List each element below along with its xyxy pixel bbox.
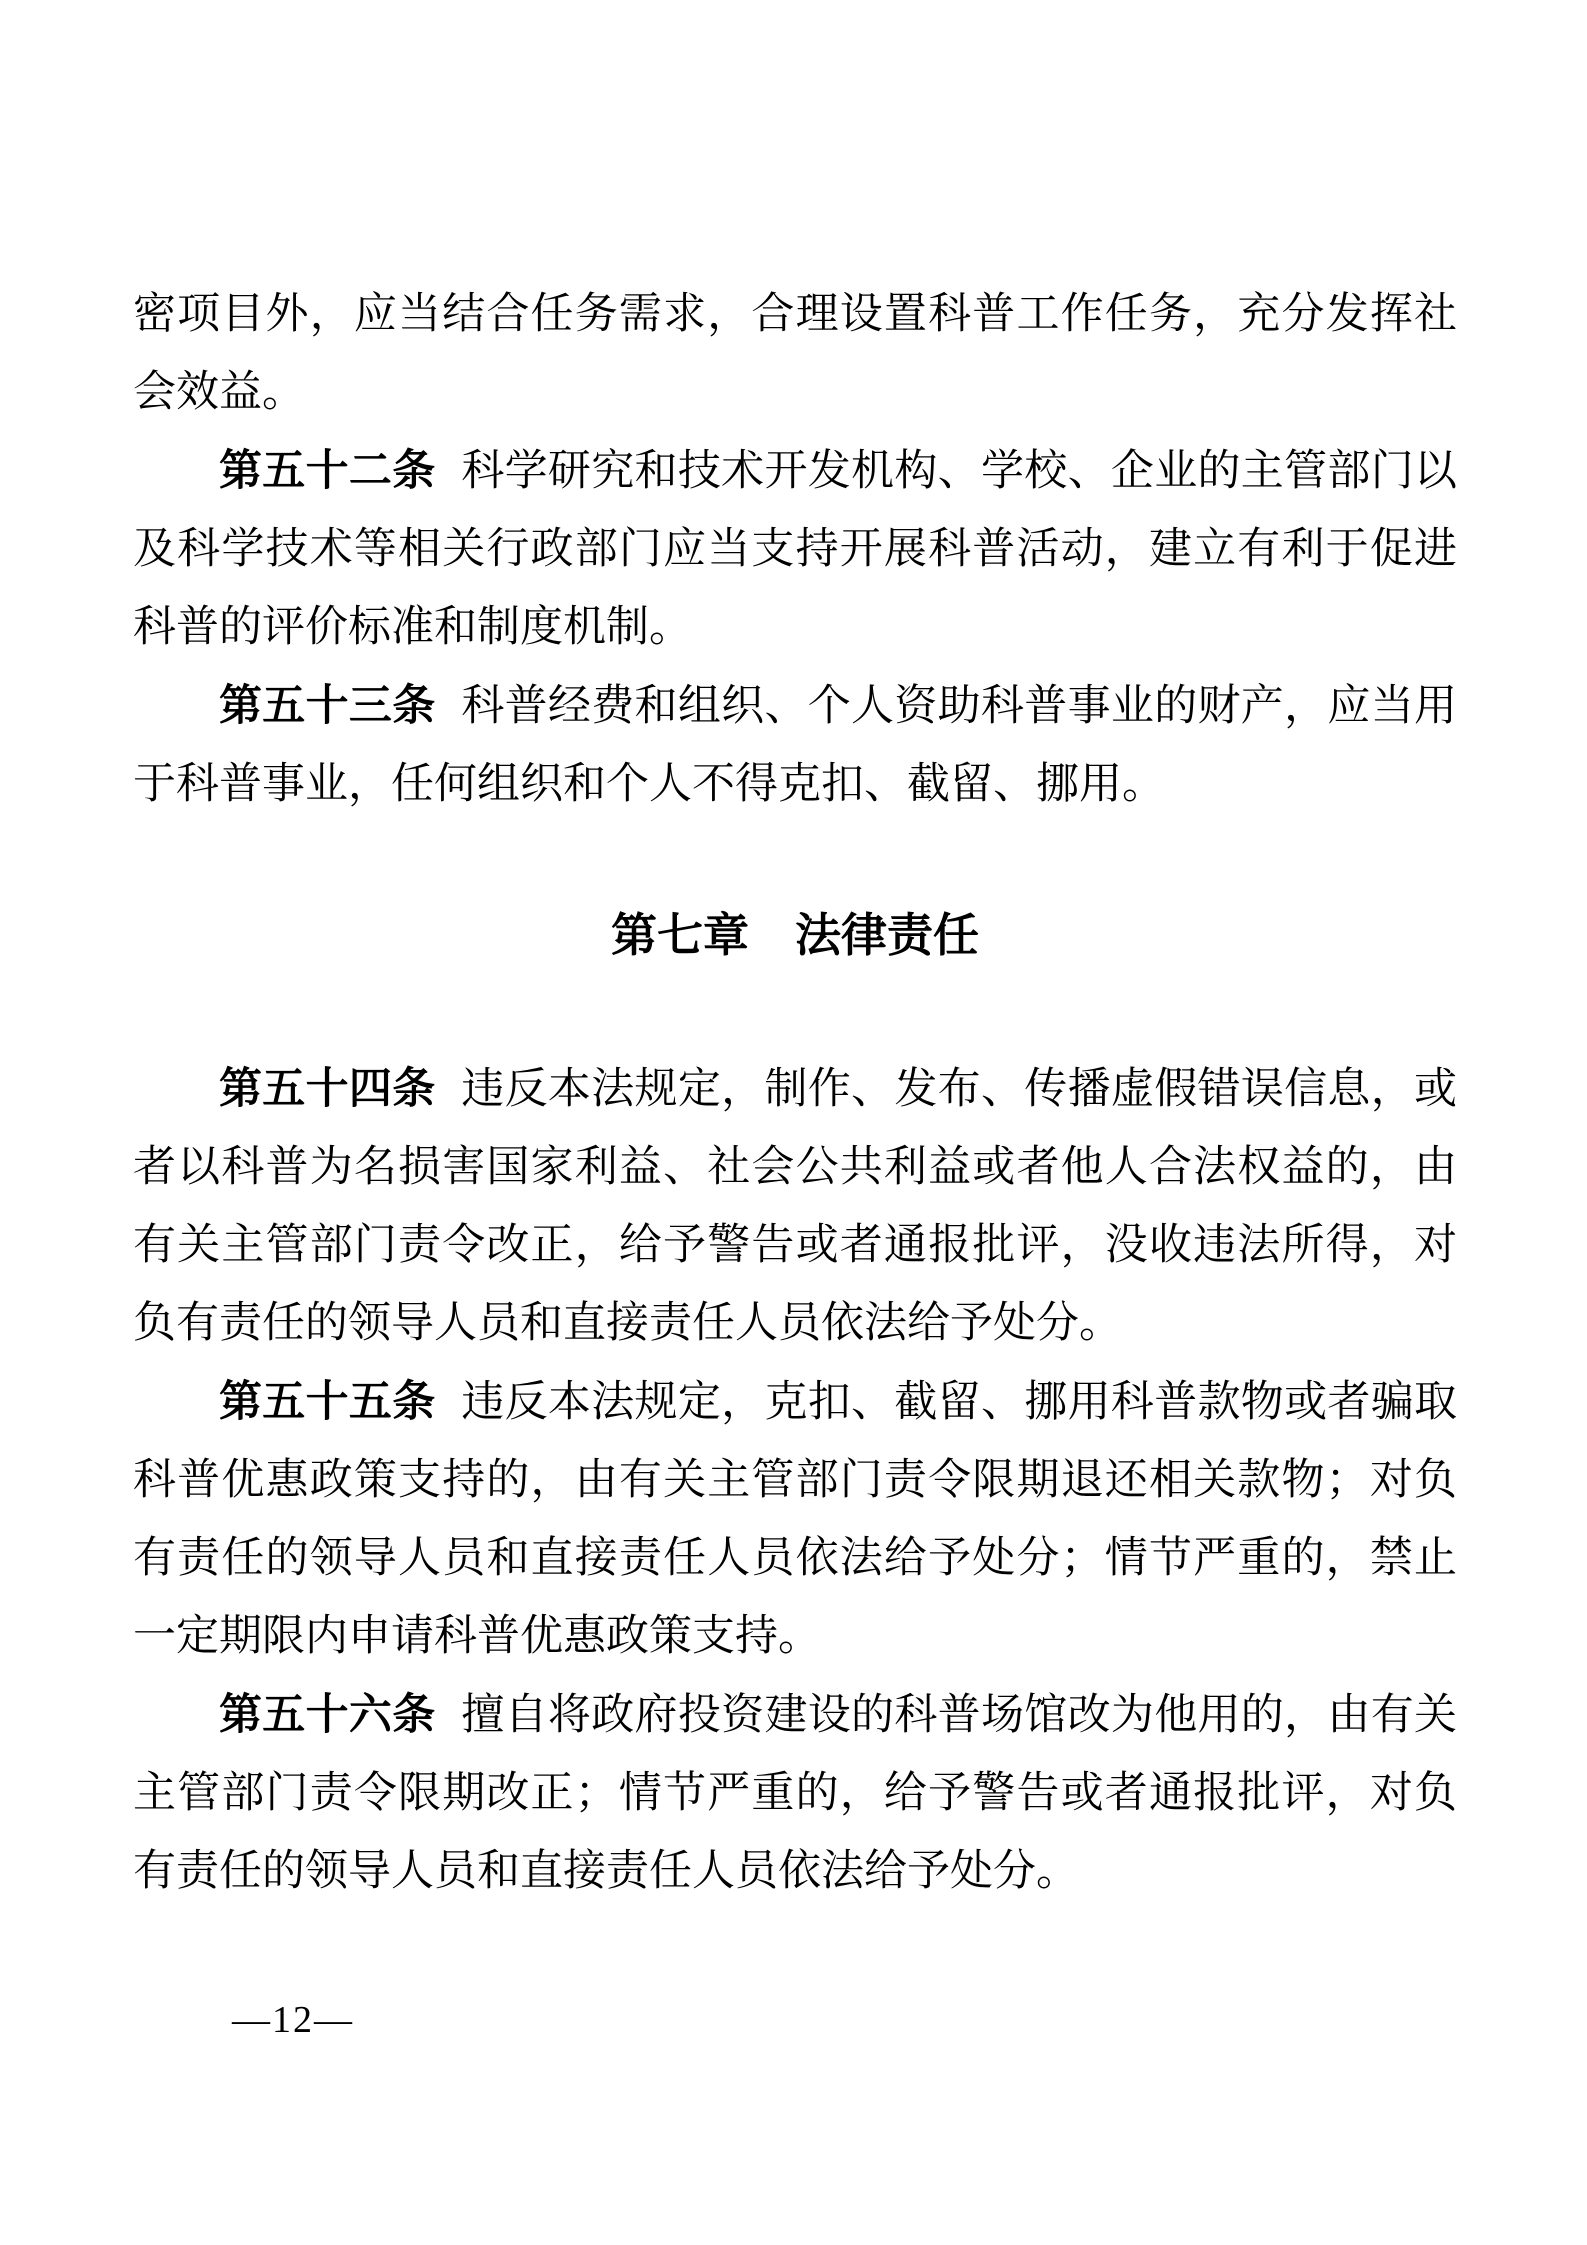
- document-body: 密项目外，应当结合任务需求，合理设置科普工作任务，充分发挥社会效益。 第五十二条…: [133, 276, 1457, 1911]
- article-56-label: 第五十六条: [219, 1691, 436, 1739]
- page-number: —12—: [232, 1998, 354, 2042]
- document-page: 密项目外，应当结合任务需求，合理设置科普工作任务，充分发挥社会效益。 第五十二条…: [0, 0, 1587, 2245]
- paragraph-continuation: 密项目外，应当结合任务需求，合理设置科普工作任务，充分发挥社会效益。: [133, 276, 1457, 432]
- article-52-paragraph: 第五十二条科学研究和技术开发机构、学校、企业的主管部门以及科学技术等相关行政部门…: [133, 432, 1457, 667]
- article-56-paragraph: 第五十六条擅自将政府投资建设的科普场馆改为他用的，由有关主管部门责令限期改正；情…: [133, 1676, 1457, 1911]
- chapter-heading: 第七章 法律责任: [133, 896, 1457, 974]
- article-52-label: 第五十二条: [219, 447, 436, 495]
- article-55-label: 第五十五条: [219, 1378, 436, 1426]
- article-53-label: 第五十三条: [219, 682, 436, 730]
- article-53-paragraph: 第五十三条科普经费和组织、个人资助科普事业的财产，应当用于科普事业，任何组织和个…: [133, 667, 1457, 824]
- article-55-paragraph: 第五十五条违反本法规定，克扣、截留、挪用科普款物或者骗取科普优惠政策支持的，由有…: [133, 1363, 1457, 1676]
- article-54-paragraph: 第五十四条违反本法规定，制作、发布、传播虚假错误信息，或者以科普为名损害国家利益…: [133, 1050, 1457, 1363]
- article-54-label: 第五十四条: [219, 1065, 436, 1113]
- paragraph-continuation-text: 密项目外，应当结合任务需求，合理设置科普工作任务，充分发挥社会效益。: [133, 291, 1457, 416]
